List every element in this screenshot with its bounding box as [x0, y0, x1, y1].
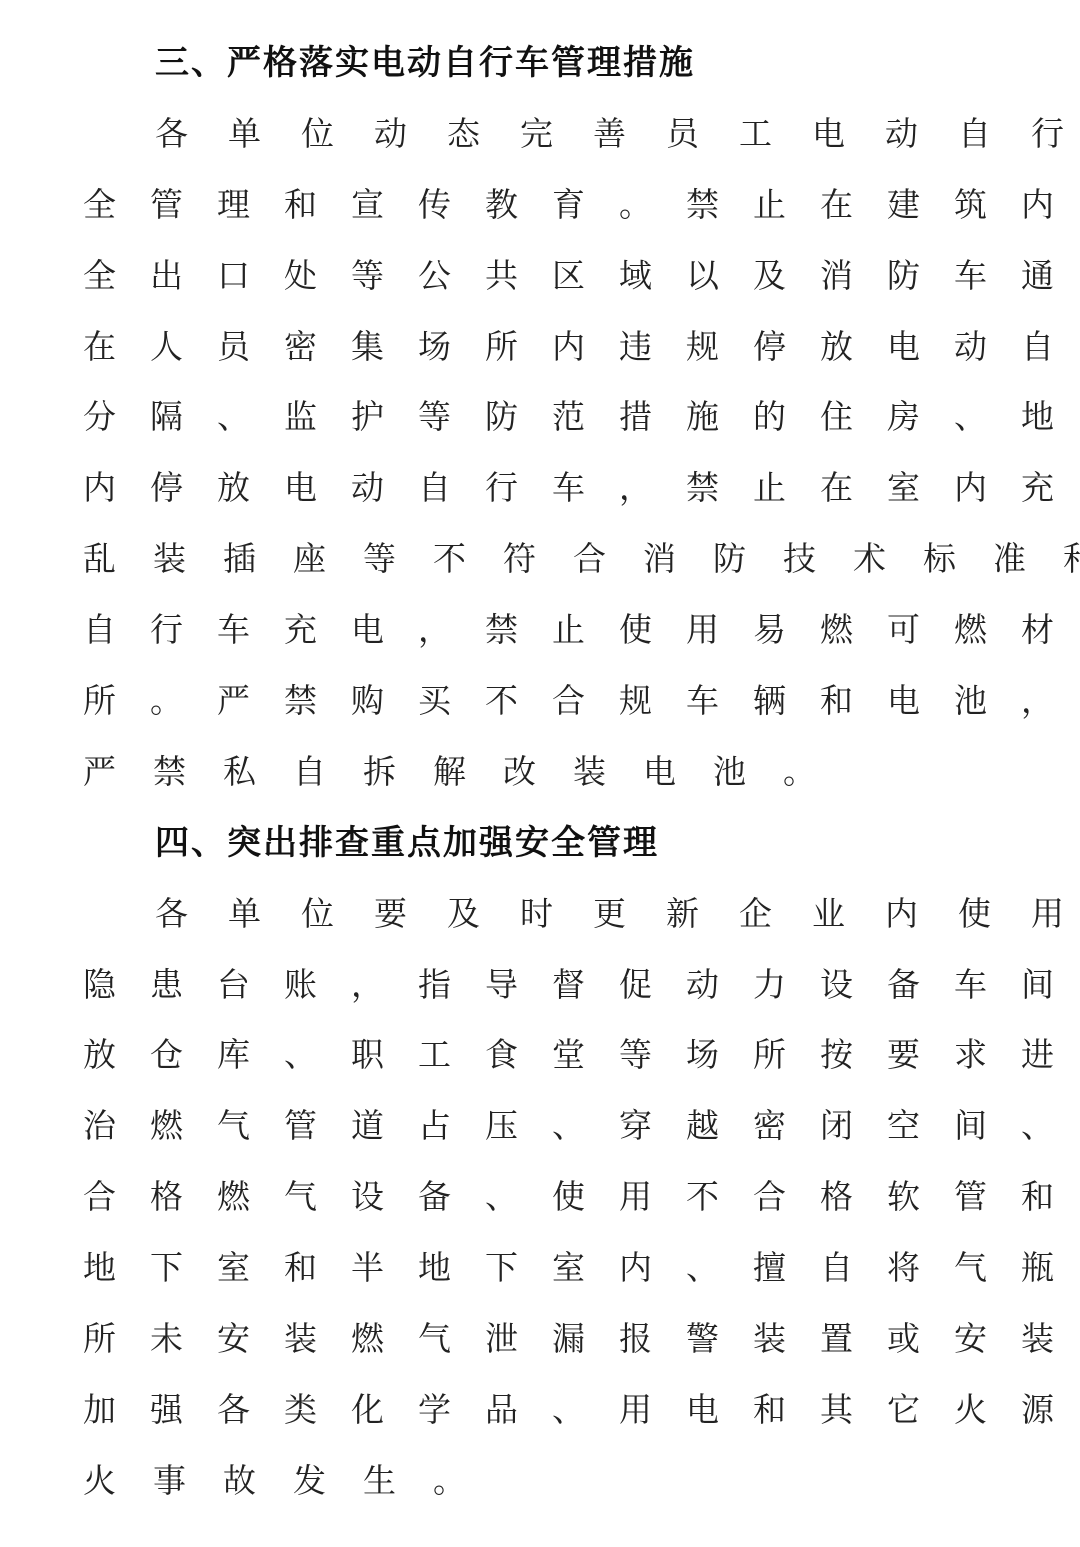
section-4: 四、突出排查重点加强安全管理 各单位要及时更新企业内使用燃气的基础信息台账和 隐…: [83, 808, 1023, 1517]
paragraph-line: 分隔、监护等防范措施的住房、地下车库和地下室半地下室: [83, 382, 1023, 453]
paragraph-line: 各单位动态完善员工电动自行车台账，专人负责日常安: [83, 99, 1023, 170]
document-page: 三、严格落实电动自行车管理措施 各单位动态完善员工电动自行车台账，专人负责日常安…: [83, 28, 1023, 1517]
paragraph-line: 放仓库、职工食堂等场所按要求进行全面排查。重点排查整: [83, 1020, 1023, 1091]
paragraph-line: 地下室和半地下室内、擅自将气瓶放置于室内场所、用气场: [83, 1233, 1023, 1304]
section-3: 三、严格落实电动自行车管理措施 各单位动态完善员工电动自行车台账，专人负责日常安…: [83, 28, 1023, 808]
paragraph-line: 全出口处等公共区域以及消防车通道停放电动自行车，禁止: [83, 241, 1023, 312]
paragraph-line: 严禁私自拆解改装电池。: [83, 737, 1023, 808]
paragraph-line: 所。严禁购买不合规车辆和电池，严禁改装车辆限速装置，: [83, 666, 1023, 737]
paragraph-line: 在人员密集场所内违规停放电动自行车，禁止在未落实防火: [83, 312, 1023, 383]
paragraph-line: 自行车充电，禁止使用易燃可燃材料搭建电动自行车停放场: [83, 595, 1023, 666]
section-heading: 四、突出排查重点加强安全管理: [83, 808, 1023, 879]
paragraph-line: 隐患台账，指导督促动力设备车间、生产车间、化学制品存: [83, 950, 1023, 1021]
paragraph-line: 加强各类化学品、用电和其它火源使用管理，防止爆燃和失: [83, 1375, 1023, 1446]
paragraph-line: 内停放电动自行车，禁止在室内充电，禁止采用私拉电线、: [83, 453, 1023, 524]
paragraph-line: 各单位要及时更新企业内使用燃气的基础信息台账和: [83, 879, 1023, 950]
paragraph-line: 火事故发生。: [83, 1446, 1023, 1517]
paragraph-line: 所未安装燃气泄漏报警装置或安装位置不正确等风险隐患。: [83, 1304, 1023, 1375]
paragraph-line: 乱装插座等不符合消防技术标准和管理规定的方式为电动: [83, 524, 1023, 595]
paragraph-line: 治燃气管道占压、穿越密闭空间、未签订供气合同、使用不: [83, 1091, 1023, 1162]
section-heading: 三、严格落实电动自行车管理措施: [83, 28, 1023, 99]
paragraph-line: 全管理和宣传教育。禁止在建筑内的共用走道、楼梯间、安: [83, 170, 1023, 241]
paragraph-line: 合格燃气设备、使用不合格软管和气瓶、气瓶间违规设置在: [83, 1162, 1023, 1233]
